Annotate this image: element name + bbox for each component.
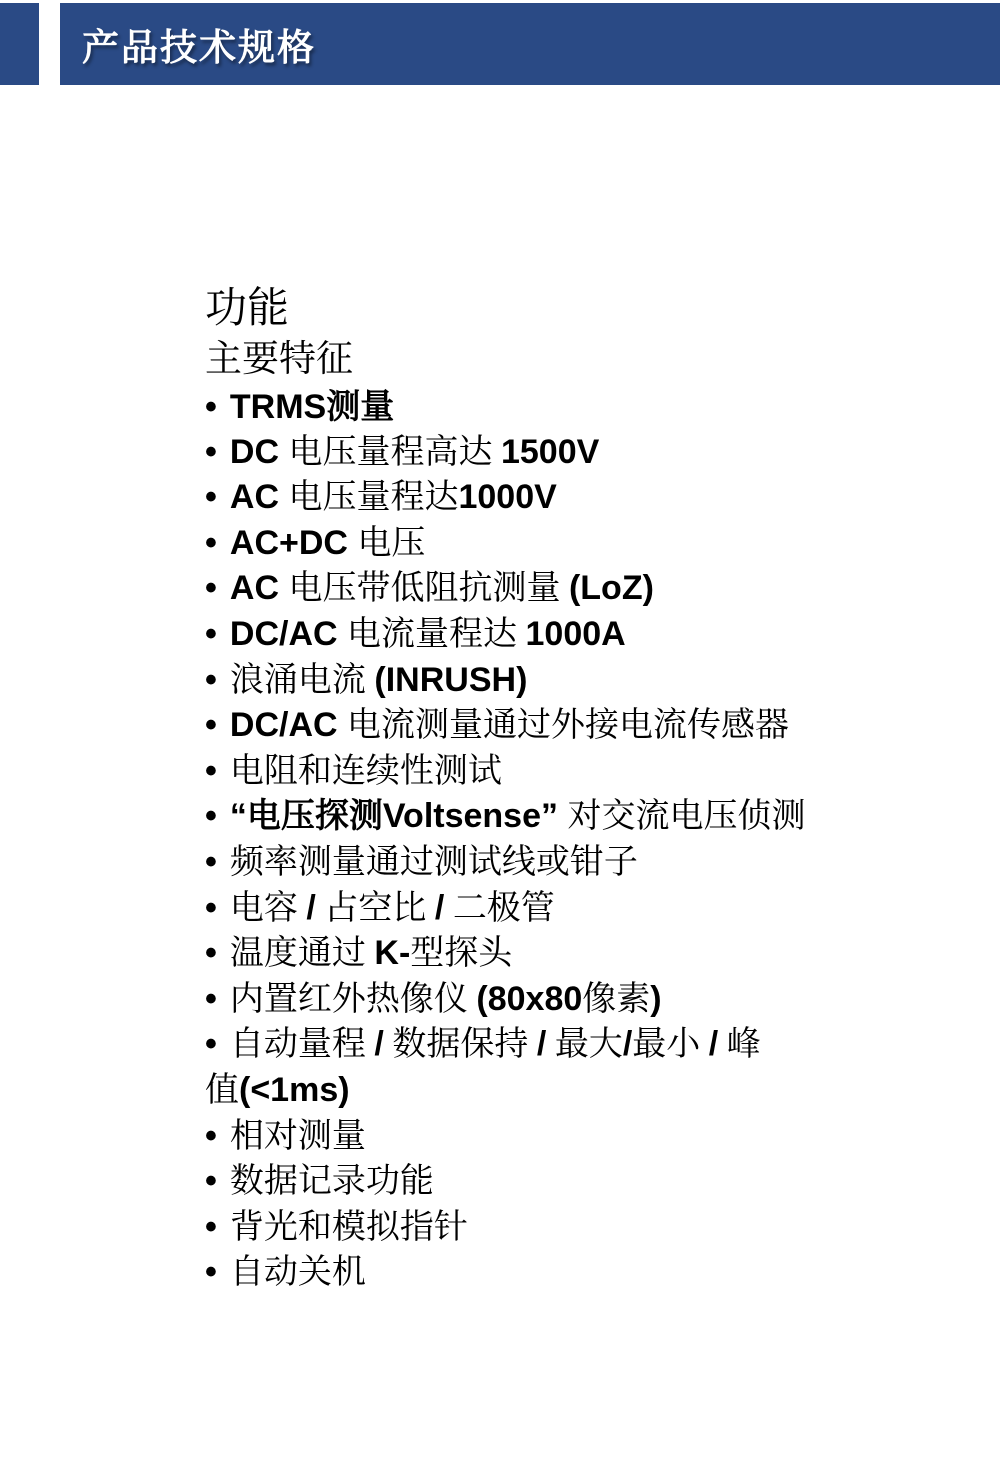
feature-list: •TRMS测量•DC 电压量程高达 1500V•AC 电压量程达1000V•AC…: [205, 385, 857, 1296]
feature-text-segment: AC+DC: [230, 524, 358, 562]
feature-text-segment: 二极管: [444, 890, 555, 927]
bullet-icon: •: [205, 980, 217, 1018]
feature-text-segment: (<1ms): [239, 1071, 350, 1109]
feature-text-segment: 相对测量: [230, 1118, 366, 1155]
feature-text-segment: ): [650, 980, 661, 1018]
feature-item: •电阻和连续性测试: [205, 749, 857, 795]
feature-text-segment: AC: [230, 569, 289, 607]
feature-text-segment: 频率测量通过测试线或钳子: [230, 844, 638, 881]
feature-text-segment: 电压量程高达: [288, 434, 501, 471]
feature-item: •相对测量: [205, 1114, 857, 1160]
feature-text-segment: 自动关机: [230, 1254, 366, 1291]
bullet-icon: •: [205, 889, 217, 927]
feature-text-segment: 电压量程达: [288, 479, 458, 516]
feature-text-segment: 电容: [230, 890, 307, 927]
bullet-icon: •: [205, 433, 217, 471]
bullet-icon: •: [205, 706, 217, 744]
section-heading: 功能: [205, 283, 857, 336]
feature-text-segment: /: [435, 889, 444, 927]
bullet-icon: •: [205, 569, 217, 607]
bullet-icon: •: [205, 1162, 217, 1200]
feature-text-segment: (LoZ): [569, 569, 654, 607]
bullet-icon: •: [205, 615, 217, 653]
feature-text-segment: 最小: [632, 1026, 709, 1063]
feature-text-segment: K-: [374, 934, 410, 972]
bullet-icon: •: [205, 388, 217, 426]
header-bar: 产品技术规格: [60, 3, 1000, 85]
bullet-icon: •: [205, 478, 217, 516]
feature-text-segment: (INRUSH): [374, 661, 527, 699]
feature-item: •自动关机: [205, 1250, 857, 1296]
feature-text-segment: 电流测量通过外接电流传感器: [347, 707, 789, 744]
feature-text-segment: DC/AC: [230, 706, 347, 744]
feature-item: •内置红外热像仪 (80x80像素): [205, 977, 857, 1023]
header-accent-square: [0, 3, 39, 85]
feature-item: •DC/AC 电流量程达 1000A: [205, 612, 857, 658]
bullet-icon: •: [205, 1253, 217, 1291]
bullet-icon: •: [205, 843, 217, 881]
feature-text-segment: 1500V: [501, 433, 599, 471]
feature-item: •DC 电压量程高达 1500V: [205, 430, 857, 476]
feature-text-segment: DC/AC: [230, 615, 347, 653]
section-subheading: 主要特征: [205, 336, 857, 383]
feature-text-segment: 1000A: [526, 615, 626, 653]
feature-text-segment: DC: [230, 433, 289, 471]
feature-text-segment: 内置红外热像仪: [230, 981, 477, 1018]
feature-text-segment: 温度通过: [230, 935, 375, 972]
feature-text-segment: 自动量程: [230, 1026, 375, 1063]
bullet-icon: •: [205, 1117, 217, 1155]
feature-text-segment: TRMS测量: [230, 388, 394, 426]
feature-text-segment: /: [709, 1025, 718, 1063]
bullet-icon: •: [205, 1208, 217, 1246]
feature-text-segment: 像素: [582, 981, 650, 1018]
feature-text-segment: 对交流电压侦测: [567, 798, 805, 835]
feature-text-segment: /: [374, 1025, 383, 1063]
feature-item: •背光和模拟指针: [205, 1205, 857, 1251]
feature-item: •频率测量通过测试线或钳子: [205, 840, 857, 886]
feature-text-segment: 数据保持: [384, 1026, 537, 1063]
feature-item: •DC/AC 电流测量通过外接电流传感器: [205, 703, 857, 749]
bullet-icon: •: [205, 524, 217, 562]
feature-item: •自动量程 / 数据保持 / 最大/最小 / 峰 值(<1ms): [205, 1022, 857, 1113]
page-title: 产品技术规格: [82, 17, 316, 71]
feature-text-segment: 数据记录功能: [230, 1163, 434, 1200]
feature-text-segment: /: [306, 889, 315, 927]
feature-item: •温度通过 K-型探头: [205, 931, 857, 977]
feature-text-segment: 电压: [357, 525, 425, 562]
feature-text-segment: 最大: [546, 1026, 623, 1063]
feature-text-segment: /: [623, 1025, 632, 1063]
feature-item: •TRMS测量: [205, 385, 857, 430]
feature-item: •AC 电压带低阻抗测量 (LoZ): [205, 566, 857, 612]
feature-text-segment: 电压带低阻抗测量: [288, 570, 569, 607]
feature-text-segment: 电阻和连续性测试: [230, 753, 502, 790]
feature-item: •AC 电压量程达1000V: [205, 475, 857, 521]
feature-text-segment: “电压探测Voltsense”: [230, 797, 568, 835]
bullet-icon: •: [205, 934, 217, 972]
feature-item: •AC+DC 电压: [205, 521, 857, 567]
feature-item: •数据记录功能: [205, 1159, 857, 1205]
feature-text-segment: (80x80: [476, 980, 582, 1018]
feature-text-segment: 占空比: [316, 890, 435, 927]
feature-text-segment: 电流量程达: [347, 616, 526, 653]
feature-text-segment: 背光和模拟指针: [230, 1209, 468, 1246]
bullet-icon: •: [205, 661, 217, 699]
feature-text-segment: 浪涌电流: [230, 662, 375, 699]
feature-text-segment: 1000V: [458, 478, 556, 516]
feature-item: •电容 / 占空比 / 二极管: [205, 886, 857, 932]
bullet-icon: •: [205, 1025, 217, 1063]
feature-text-segment: /: [537, 1025, 546, 1063]
feature-item: •浪涌电流 (INRUSH): [205, 658, 857, 704]
feature-text-segment: 型探头: [410, 935, 512, 972]
content-section: 功能 主要特征 •TRMS测量•DC 电压量程高达 1500V•AC 电压量程达…: [205, 283, 857, 1296]
feature-text-segment: AC: [230, 478, 289, 516]
bullet-icon: •: [205, 797, 217, 835]
bullet-icon: •: [205, 752, 217, 790]
feature-item: •“电压探测Voltsense” 对交流电压侦测: [205, 794, 857, 840]
